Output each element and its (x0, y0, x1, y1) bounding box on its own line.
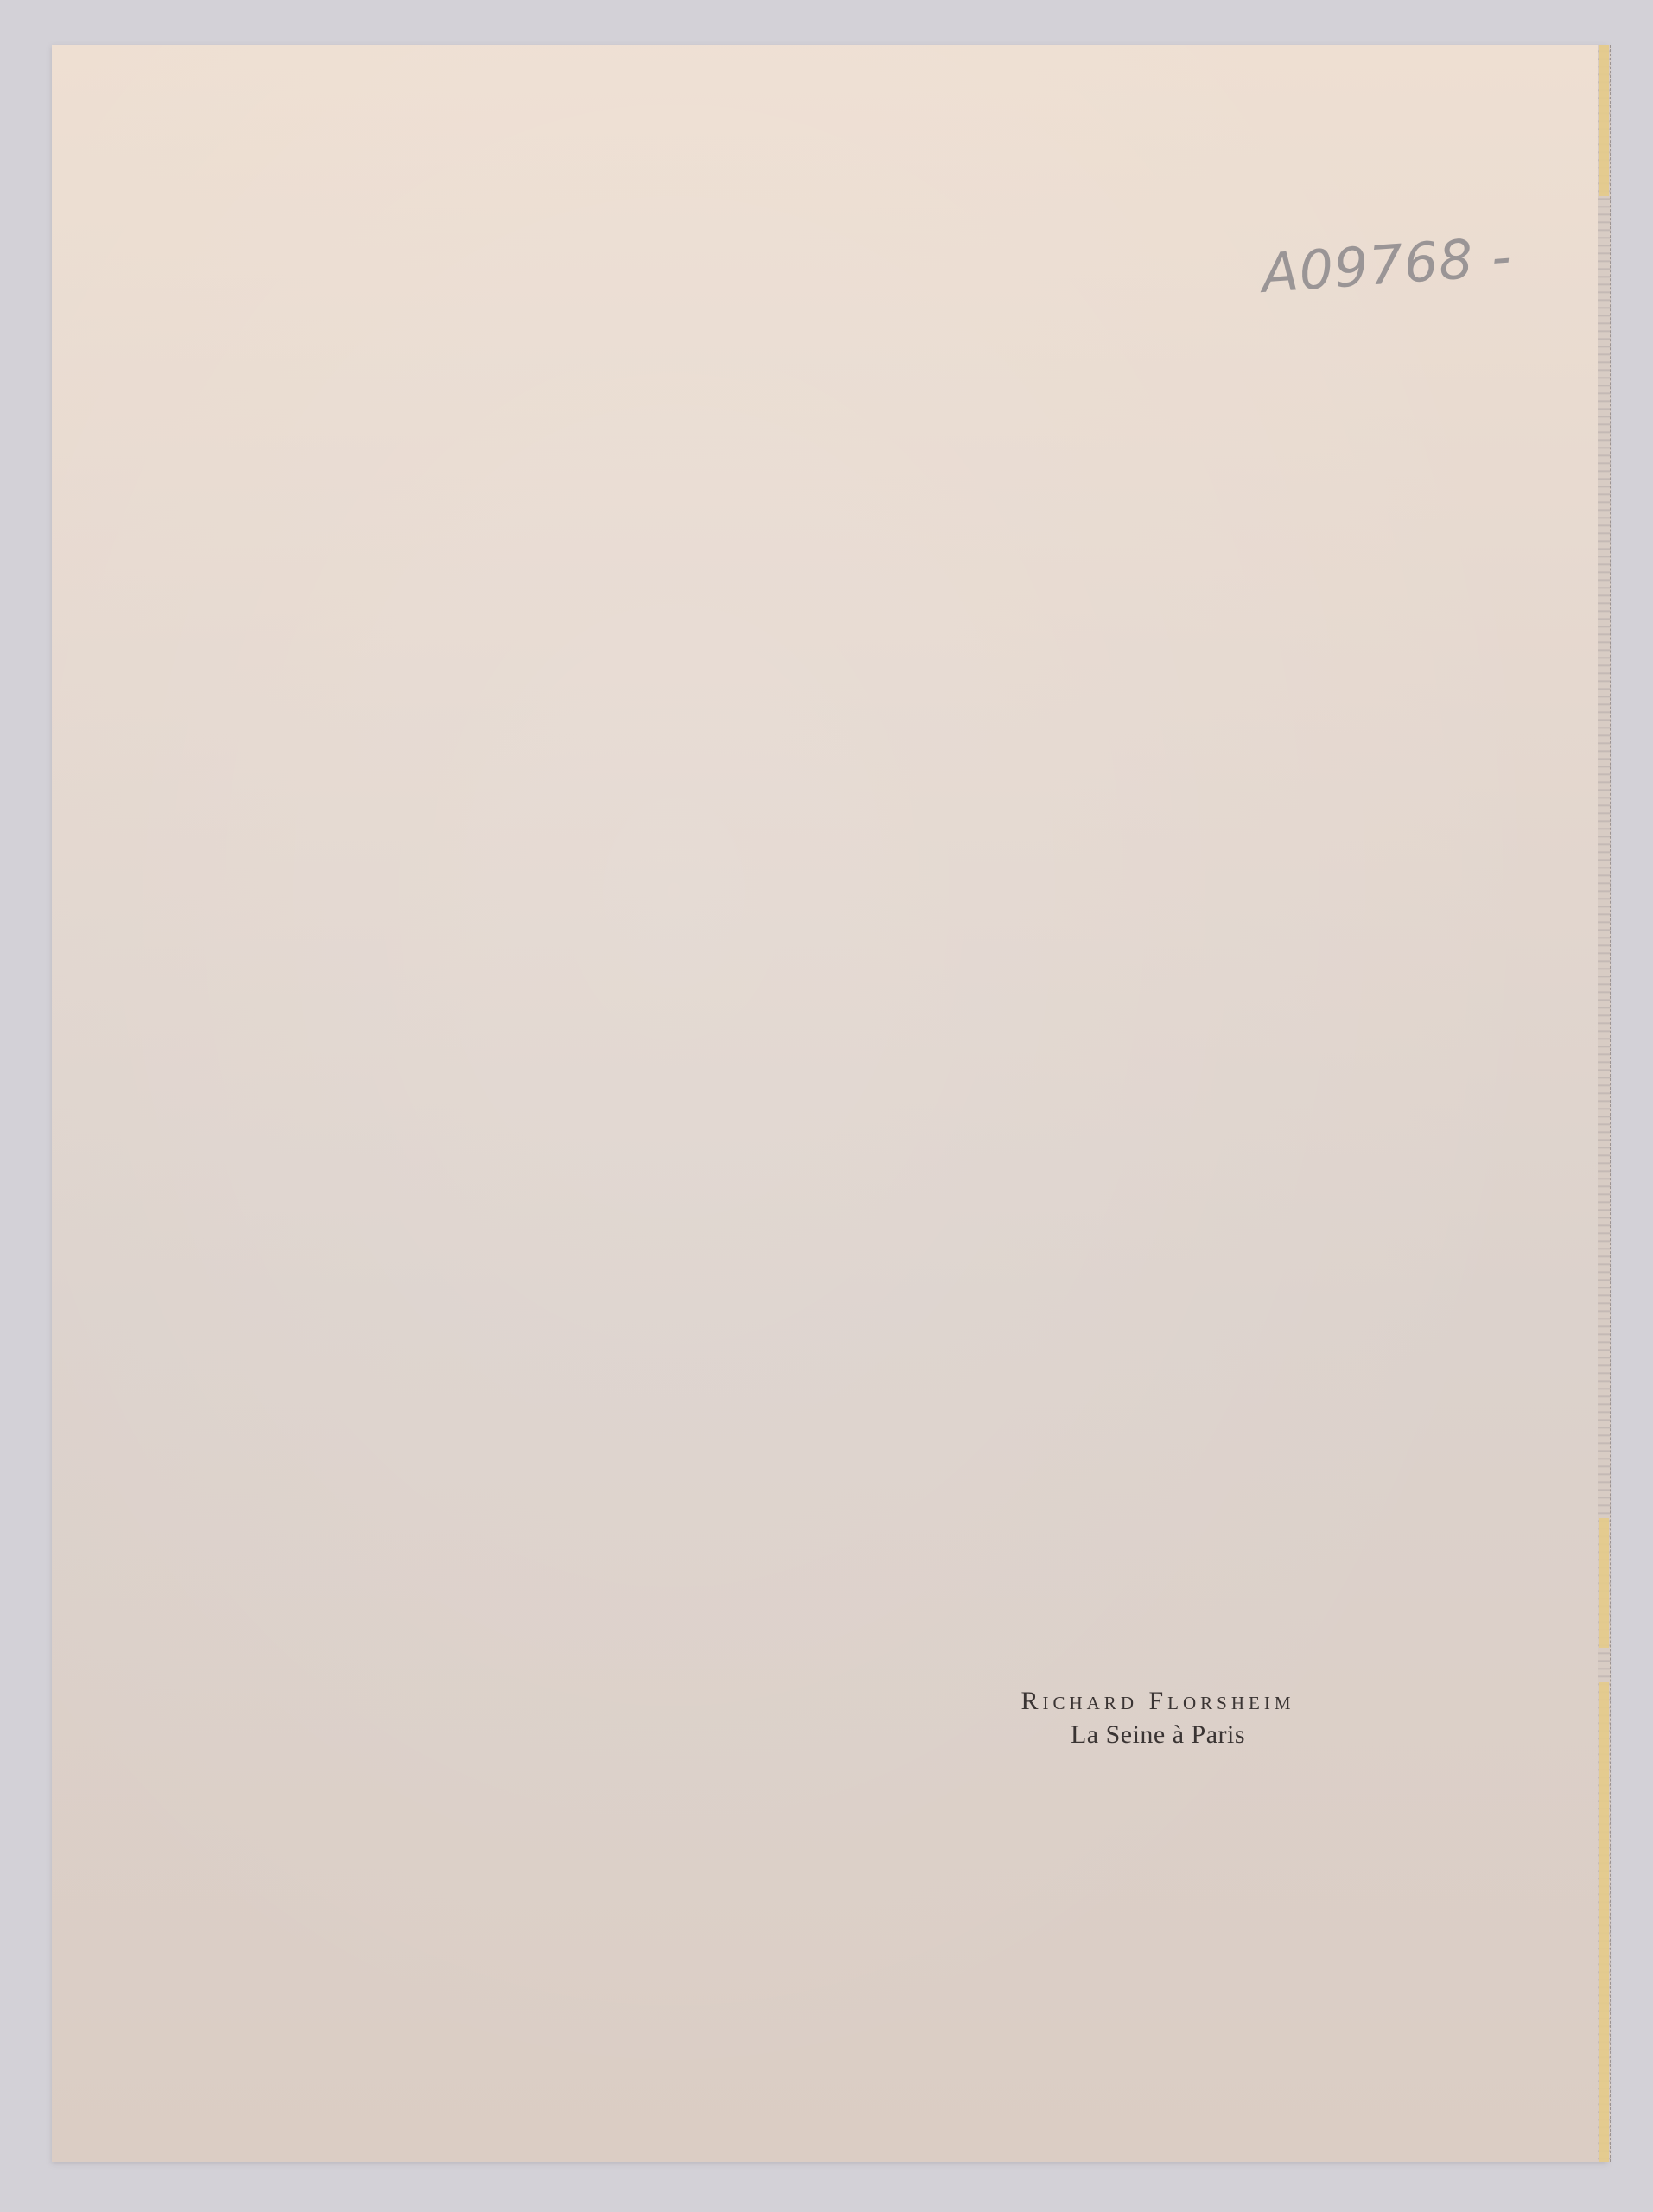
caption-block: Richard Florsheim La Seine à Paris (959, 1685, 1357, 1752)
yellowed-edge-bottom (1599, 1682, 1609, 2162)
artwork-title: La Seine à Paris (959, 1718, 1357, 1752)
yellowed-edge-lower (1599, 1518, 1609, 1648)
yellowed-edge-top (1599, 45, 1609, 196)
artist-name: Richard Florsheim (959, 1685, 1357, 1718)
paper-sheet (52, 45, 1607, 2162)
